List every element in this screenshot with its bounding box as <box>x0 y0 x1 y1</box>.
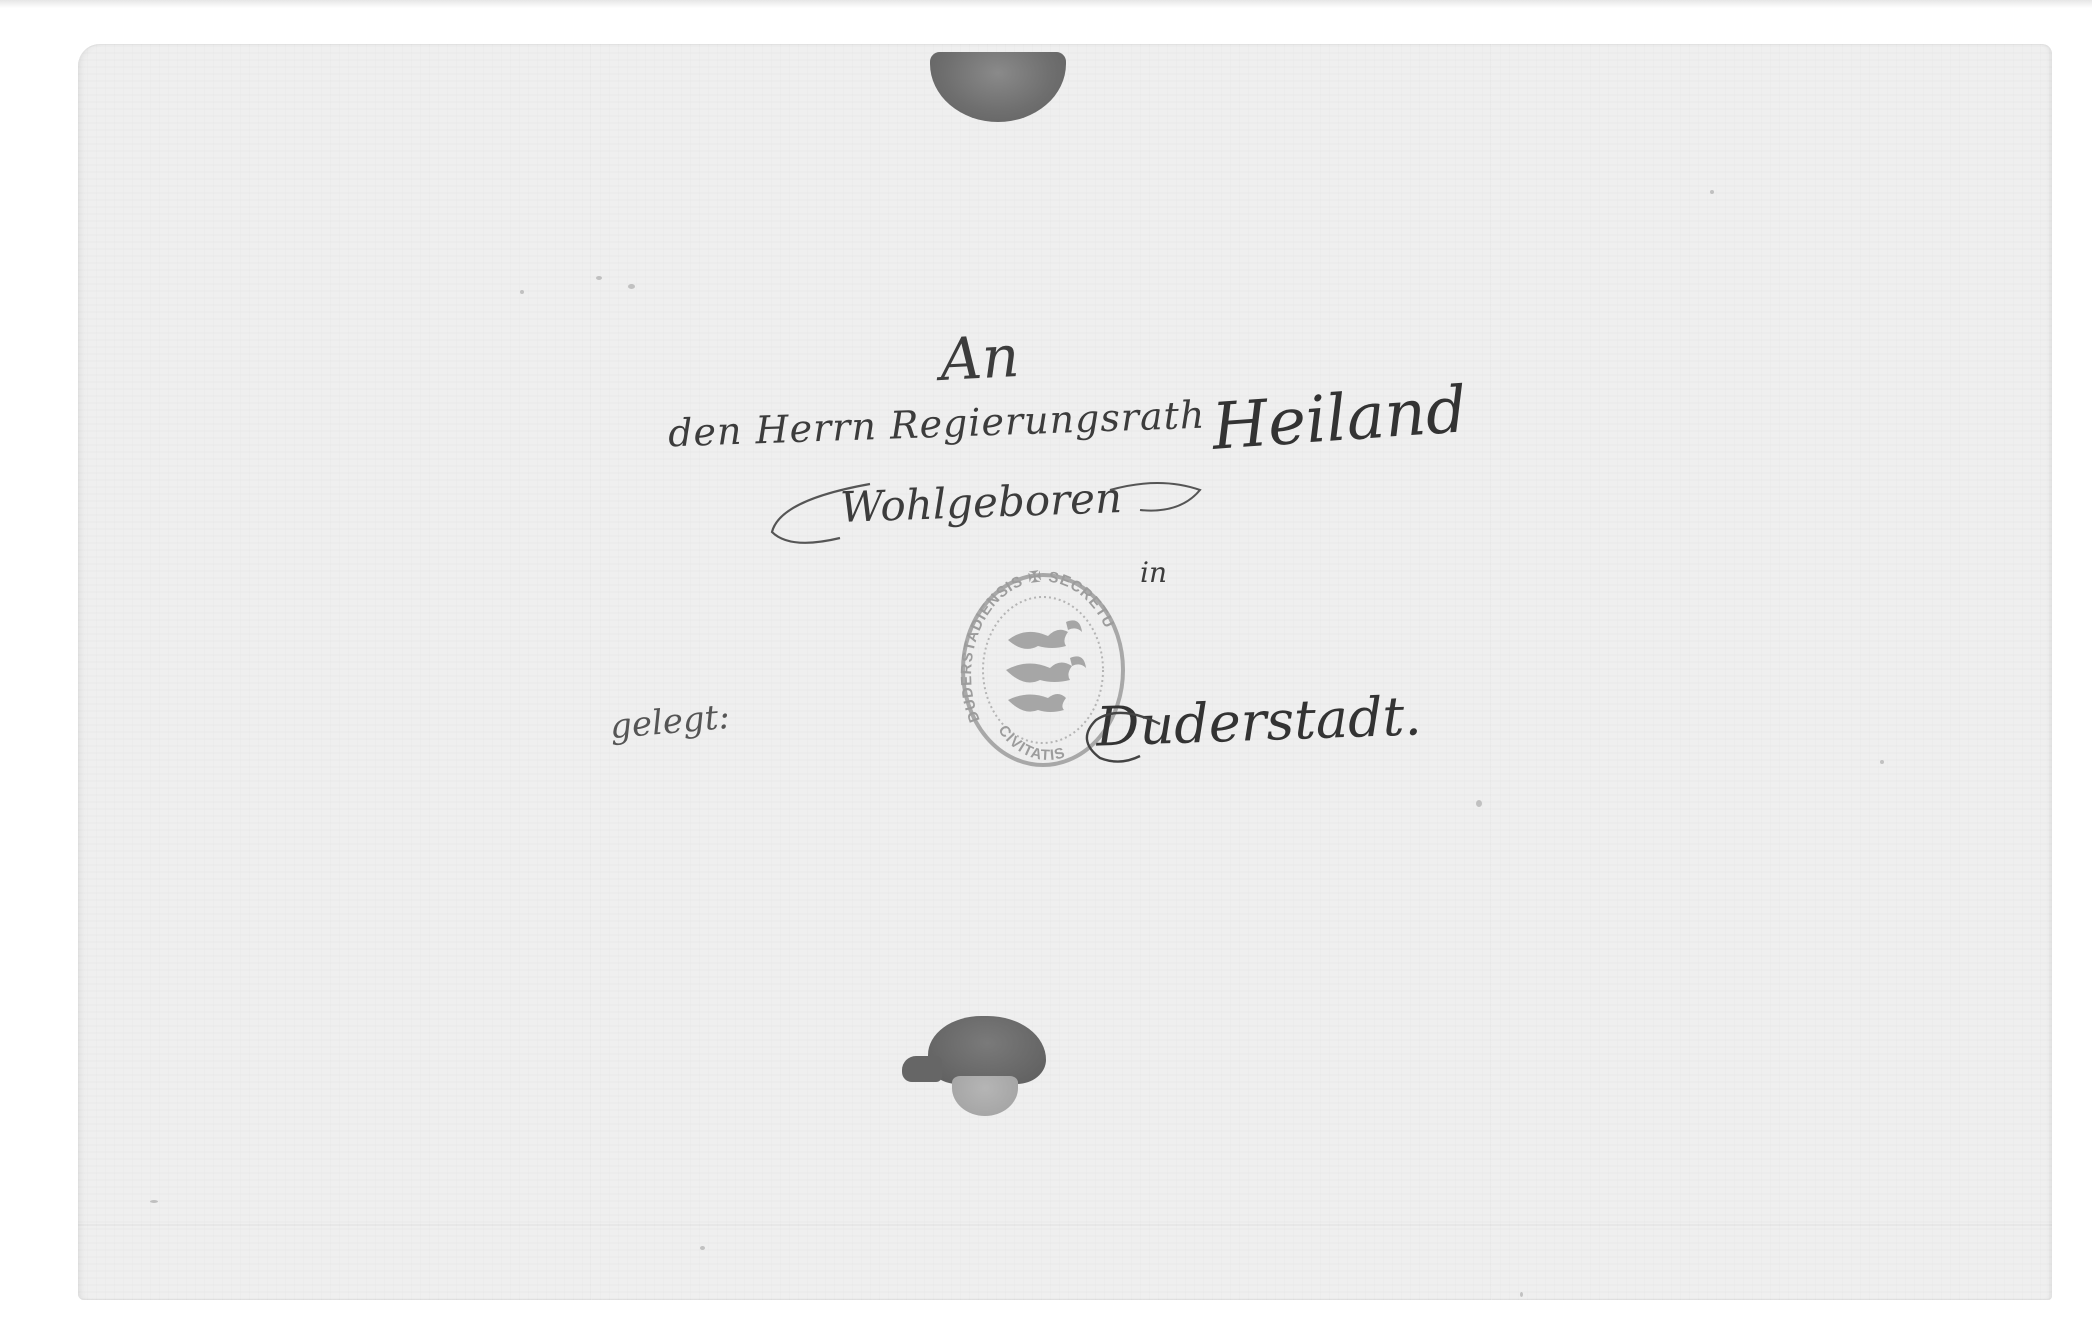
city-flourish-icon <box>1070 700 1170 770</box>
wax-seal-tail <box>902 1056 942 1082</box>
address-salutation: An <box>938 322 1021 394</box>
paper-speck <box>1476 800 1482 807</box>
paper-speck <box>1520 1292 1523 1297</box>
paper-speck <box>596 276 602 280</box>
wax-seal-impression <box>952 1076 1018 1116</box>
wax-seal-bottom <box>902 1016 1047 1116</box>
svg-text:CIVITATIS: CIVITATIS <box>995 722 1068 764</box>
fold-line-bottom <box>78 1224 2052 1226</box>
paper-speck <box>520 290 524 294</box>
handwriting-flourish-icon <box>760 470 1240 550</box>
scan-background-edge <box>0 0 2092 8</box>
wax-seal-blob <box>928 1016 1046 1084</box>
fold-line-left <box>590 44 592 1300</box>
paper-speck <box>628 284 635 289</box>
paper-speck <box>1710 190 1714 194</box>
fold-line-right <box>1490 44 1492 1300</box>
address-preposition: in <box>1140 556 1167 589</box>
paper-speck <box>1880 760 1884 764</box>
paper-speck <box>700 1246 705 1250</box>
paper-speck <box>150 1200 158 1203</box>
